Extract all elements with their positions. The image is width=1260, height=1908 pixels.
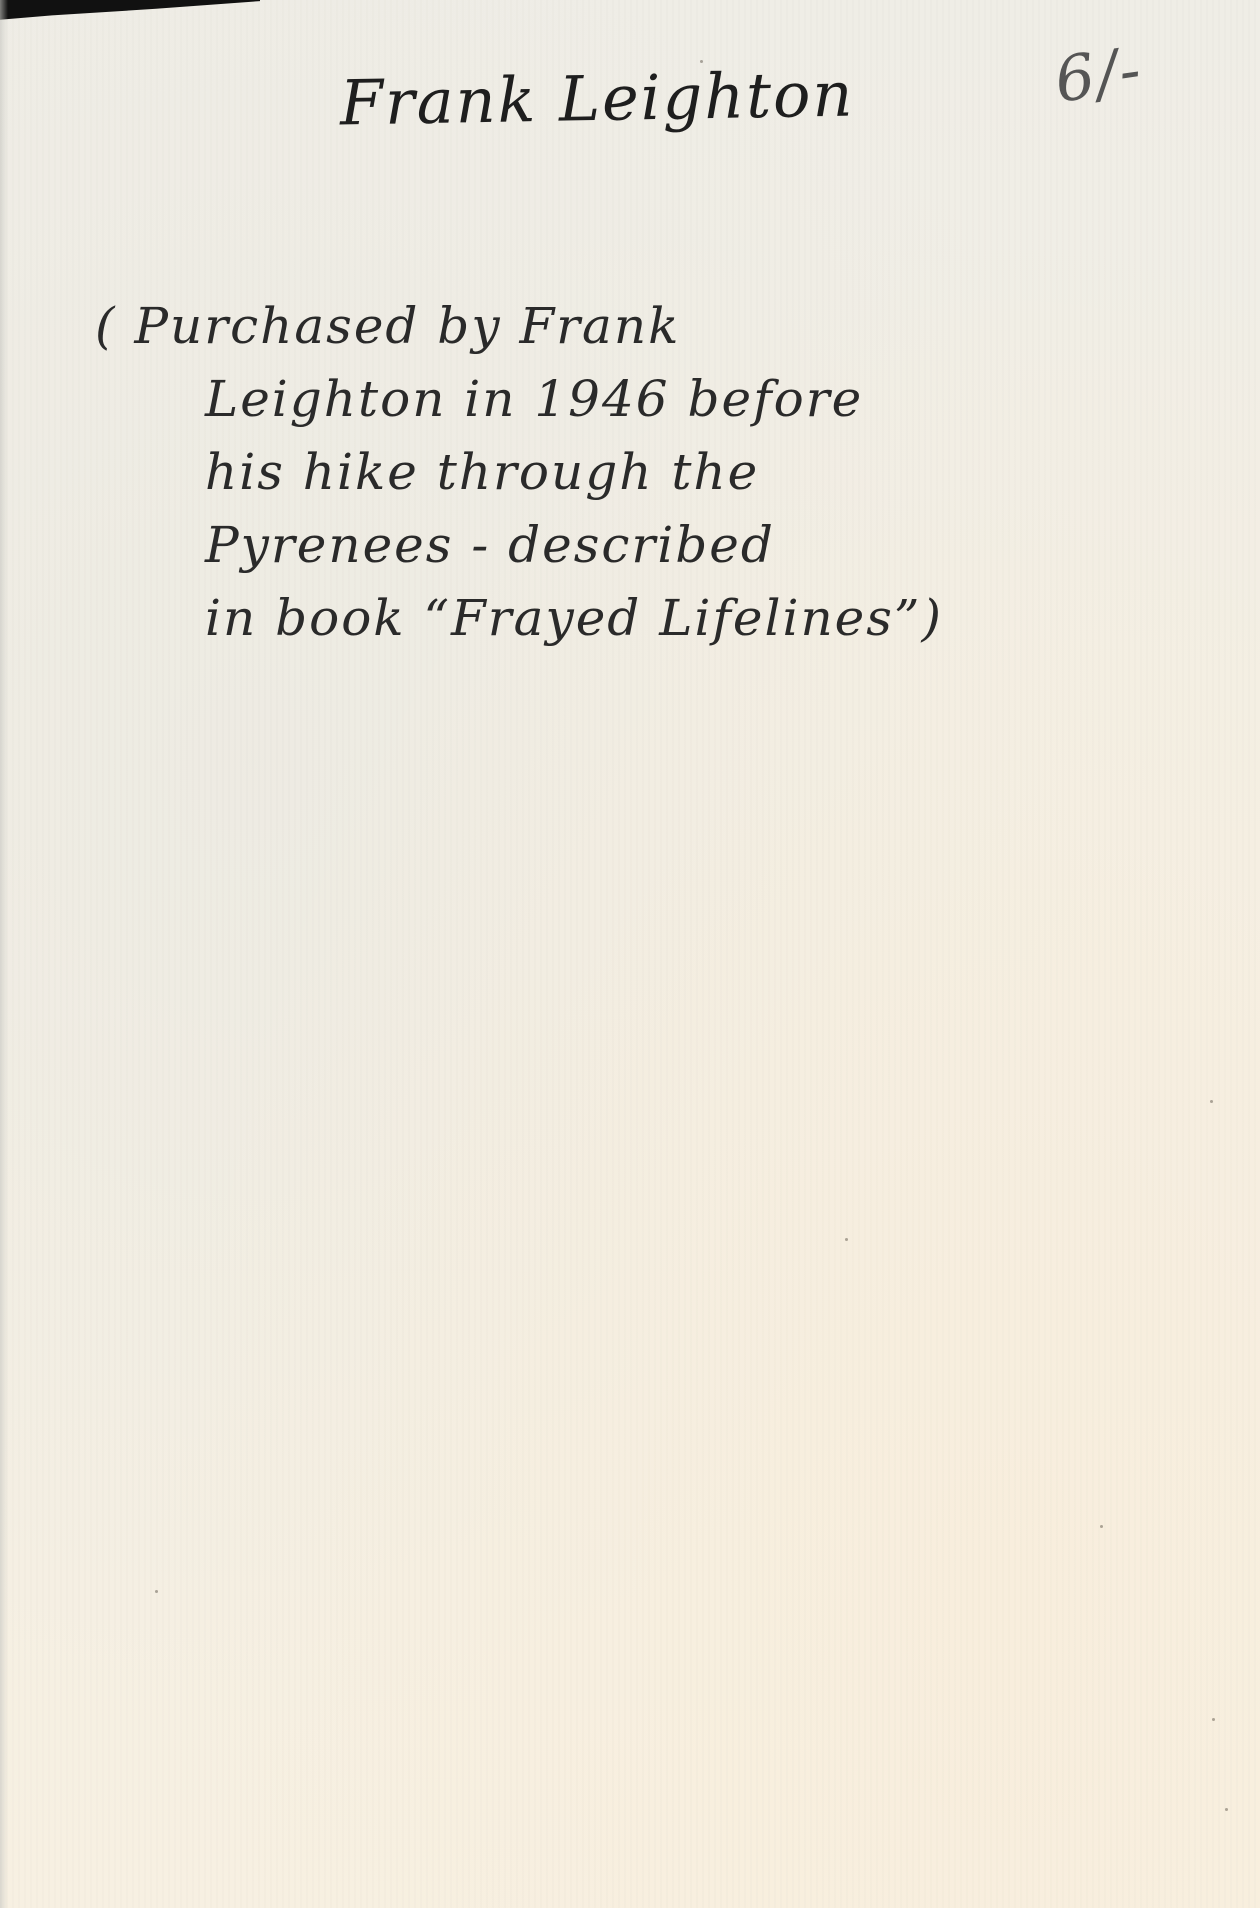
- book-endpaper-page: Frank Leighton 6/- ( Purchased by Frank …: [0, 0, 1260, 1908]
- handwritten-provenance-note: ( Purchased by Frank Leighton in 1946 be…: [95, 290, 943, 655]
- note-line: Leighton in 1946 before: [95, 363, 943, 436]
- note-line: Pyrenees - described: [95, 509, 943, 582]
- note-line: in book “Frayed Lifelines”): [95, 582, 943, 655]
- page-corner-shadow: [0, 0, 260, 22]
- price-mark: 6/-: [1050, 32, 1147, 116]
- owner-signature: Frank Leighton: [339, 58, 855, 140]
- page-left-edge: [0, 0, 8, 1908]
- note-line: ( Purchased by Frank: [95, 290, 943, 363]
- note-line: his hike through the: [95, 436, 943, 509]
